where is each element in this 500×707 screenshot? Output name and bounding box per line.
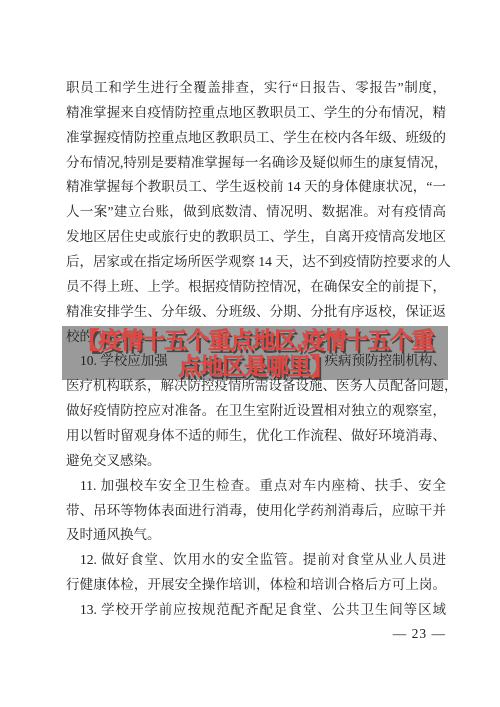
doc-line: 员不得上班、上学。根据疫情防控情况，在确保安全的前提下， [66, 275, 446, 300]
doc-line: 精准掌握来自疫情防控重点地区教职员工、学生的分布情况，精 [66, 101, 446, 126]
doc-line: 12. 做好食堂、饮用水的安全监管。提前对食堂从业人员进 [66, 548, 446, 573]
doc-line: 行健康体检，开展安全操作培训，体检和培训合格后方可上岗。 [66, 573, 446, 598]
doc-line: 发地区居住史或旅行史的教职员工、学生，自离开疫情高发地区 [66, 225, 446, 250]
overlay-title-line-1: 【疫情十五个重点地区,疫情十五个重 [76, 327, 433, 353]
page-number: — 23 — [66, 626, 446, 642]
overlay-title-line-2: 点地区是哪里】 [178, 353, 332, 379]
doc-line: 做好疫情防控应对准备。在卫生室附近设置相对独立的观察室， [66, 399, 446, 424]
doc-line: 准掌握疫情防控重点地区教职员工、学生在校内各年级、班级的 [66, 126, 446, 151]
doc-line: 11. 加强校车安全卫生检查。重点对车内座椅、扶手、安全 [66, 474, 446, 499]
doc-line: 后，居家或在指定场所医学观察 14 天，达不到疫情防控要求的人 [66, 250, 446, 275]
doc-line: 精准安排学生、分年级、分班级、分期、分批有序返校，保证返 [66, 300, 446, 325]
doc-line: 及时通风换气。 [66, 523, 446, 548]
doc-line: 避免交叉感染。 [66, 449, 446, 474]
doc-line: 带、吊环等物体表面进行消毒，使用化学药剂消毒后，应晾干并 [66, 499, 446, 524]
doc-line: 职员工和学生进行全覆盖排查，实行“日报告、零报告”制度， [66, 76, 446, 101]
doc-line: 精准掌握每个教职员工、学生返校前 14 天的身体健康状况，“一 [66, 175, 446, 200]
doc-line: 人一案”建立台账，做到底数清、情况明、数据准。对有疫情高 [66, 200, 446, 225]
watermark-overlay-band: 【疫情十五个重点地区,疫情十五个重 点地区是哪里】 [62, 326, 448, 380]
doc-line: 13. 学校开学前应按规范配齐配足食堂、公共卫生间等区域 [66, 598, 446, 623]
doc-line: 用以暂时留观身体不适的师生，优化工作流程、做好环境消毒、 [66, 424, 446, 449]
doc-line: 分布情况,特别是要精准掌握每一名确诊及疑似师生的康复情况， [66, 151, 446, 176]
